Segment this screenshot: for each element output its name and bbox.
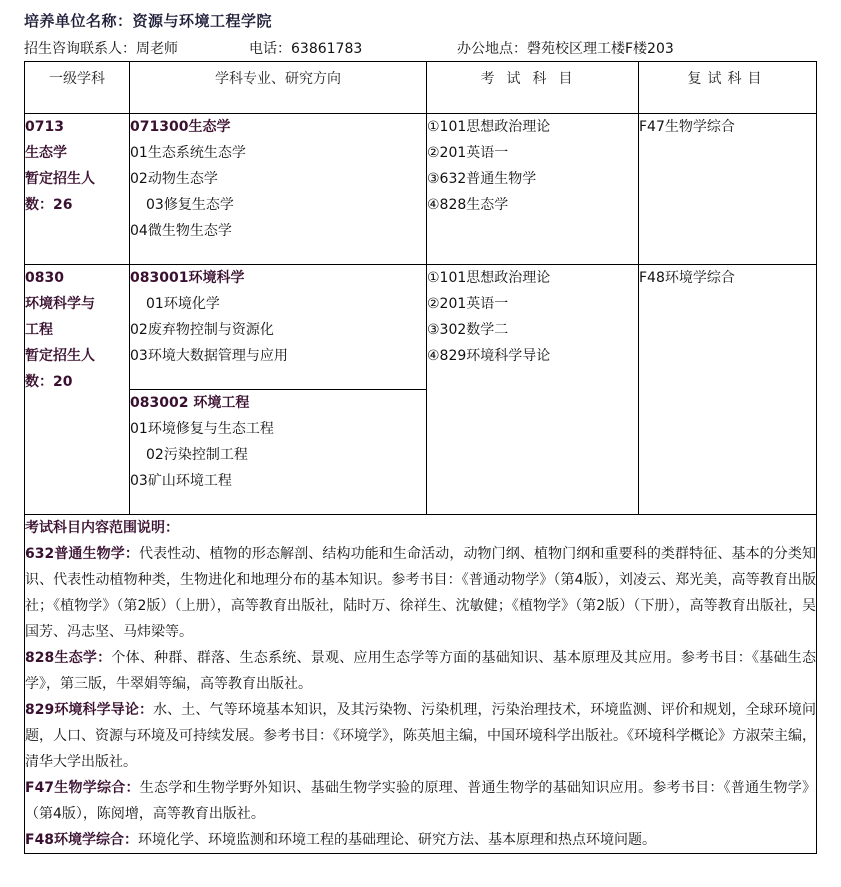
major-cell: 083002 环境工程 01环境修复与生态工程 02污染控制工程 03矿山环境工… (130, 390, 427, 515)
contact-person: 招生咨询联系人：周老师 (24, 38, 249, 58)
exam-subject: ③302数学二 (427, 317, 638, 343)
col-header-discipline: 一级学科 (25, 62, 130, 114)
note-label: 829环境科学导论： (25, 702, 153, 718)
major-title: 083001环境科学 (130, 265, 426, 291)
note-text: 个体、种群、群落、生态系统、景观、应用生态学等方面的基础知识、基本原理及其应用。… (25, 650, 816, 692)
research-direction: 01环境修复与生态工程 (130, 416, 426, 442)
discipline-name: 生态学 (25, 140, 129, 166)
notes-row: 考试科目内容范围说明： 632普通生物学：代表性动、植物的形态解剖、结构功能和生… (25, 515, 817, 854)
note-text: 代表性动、植物的形态解剖、结构功能和生命活动，动物门纲、植物门纲和重要科的类群特… (25, 546, 816, 640)
unit-title: 培养单位名称：资源与环境工程学院 (24, 10, 272, 31)
enroll-label: 暂定招生人 (25, 166, 129, 192)
retest-subject: F47生物学综合 (639, 114, 816, 140)
table-header-row: 一级学科 学科专业、研究方向 考试科目 复试科目 (25, 62, 817, 114)
contact-line: 招生咨询联系人：周老师电话：63861783办公地点：磬苑校区理工楼F楼203 (24, 38, 674, 58)
research-direction: 01生态系统生态学 (130, 140, 426, 166)
note-item: F48环境学综合：环境化学、环境监测和环境工程的基础理论、研究方法、基本原理和热… (25, 827, 816, 853)
note-item: 828生态学：个体、种群、群落、生态系统、景观、应用生态学等方面的基础知识、基本… (25, 645, 816, 697)
research-direction: 03矿山环境工程 (130, 468, 426, 494)
research-direction: 03环境大数据管理与应用 (130, 343, 426, 369)
note-label: F47生物学综合： (25, 780, 140, 796)
research-direction: 01环境化学 (130, 291, 426, 317)
note-text: 生态学和生物学野外知识、基础生物学实验的原理、普通生物学的基础知识应用。参考书目… (25, 780, 816, 822)
discipline-name: 环境科学与 (25, 291, 129, 317)
research-direction: 02污染控制工程 (130, 442, 426, 468)
enroll-label: 暂定招生人 (25, 343, 129, 369)
contact-phone: 电话：63861783 (249, 38, 457, 58)
exam-subject: ①101思想政治理论 (427, 265, 638, 291)
major-title: 071300生态学 (130, 114, 426, 140)
exam-subject: ②201英语一 (427, 140, 638, 166)
major-cell: 071300生态学 01生态系统生态学 02动物生态学 03修复生态学 04微生… (130, 114, 427, 265)
note-label: 632普通生物学： (25, 546, 139, 562)
research-direction: 02废弃物控制与资源化 (130, 317, 426, 343)
discipline-cell: 0830 环境科学与 工程 暂定招生人 数：20 (25, 265, 130, 515)
major-cell: 083001环境科学 01环境化学 02废弃物控制与资源化 03环境大数据管理与… (130, 265, 427, 390)
retest-cell: F48环境学综合 (639, 265, 817, 515)
col-header-retest: 复试科目 (639, 62, 817, 114)
research-direction: 03修复生态学 (130, 192, 426, 218)
notes-cell: 考试科目内容范围说明： 632普通生物学：代表性动、植物的形态解剖、结构功能和生… (25, 515, 817, 854)
note-label: F48环境学综合： (25, 832, 138, 848)
exam-cell: ①101思想政治理论 ②201英语一 ③632普通生物学 ④828生态学 (427, 114, 639, 265)
exam-subject: ①101思想政治理论 (427, 114, 638, 140)
discipline-cell: 0713 生态学 暂定招生人 数：26 (25, 114, 130, 265)
table-row: 0830 环境科学与 工程 暂定招生人 数：20 083001环境科学 01环境… (25, 265, 817, 390)
exam-subject: ③632普通生物学 (427, 166, 638, 192)
table-row: 0713 生态学 暂定招生人 数：26 071300生态学 01生态系统生态学 … (25, 114, 817, 265)
office-location: 办公地点：磬苑校区理工楼F楼203 (457, 38, 674, 58)
retest-subject: F48环境学综合 (639, 265, 816, 291)
col-header-exam: 考试科目 (427, 62, 639, 114)
enroll-count: 数：20 (25, 369, 129, 395)
research-direction: 02动物生态学 (130, 166, 426, 192)
note-text: 环境化学、环境监测和环境工程的基础理论、研究方法、基本原理和热点环境问题。 (138, 832, 656, 848)
col-header-major: 学科专业、研究方向 (130, 62, 427, 114)
retest-cell: F47生物学综合 (639, 114, 817, 265)
exam-subject: ④829环境科学导论 (427, 343, 638, 369)
major-title: 083002 环境工程 (130, 390, 426, 416)
research-direction: 04微生物生态学 (130, 218, 426, 244)
notes-heading: 考试科目内容范围说明： (25, 515, 816, 541)
note-item: 632普通生物学：代表性动、植物的形态解剖、结构功能和生命活动，动物门纲、植物门… (25, 541, 816, 645)
discipline-name-cont: 工程 (25, 317, 129, 343)
note-item: F47生物学综合：生态学和生物学野外知识、基础生物学实验的原理、普通生物学的基础… (25, 775, 816, 827)
discipline-code: 0713 (25, 114, 129, 140)
enroll-count: 数：26 (25, 192, 129, 218)
exam-cell: ①101思想政治理论 ②201英语一 ③302数学二 ④829环境科学导论 (427, 265, 639, 515)
exam-subject: ④828生态学 (427, 192, 638, 218)
discipline-code: 0830 (25, 265, 129, 291)
note-label: 828生态学： (25, 650, 111, 666)
note-item: 829环境科学导论：水、土、气等环境基本知识，及其污染物、污染机理，污染治理技术… (25, 697, 816, 775)
admission-table: 一级学科 学科专业、研究方向 考试科目 复试科目 0713 生态学 暂定招生人 … (24, 61, 817, 854)
exam-subject: ②201英语一 (427, 291, 638, 317)
